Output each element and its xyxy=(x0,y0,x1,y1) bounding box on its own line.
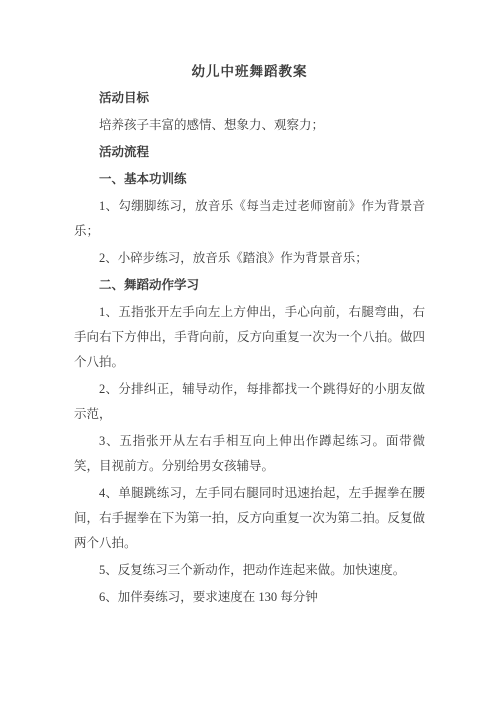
paragraph: 活动流程 xyxy=(74,140,425,165)
document-body: 活动目标培养孩子丰富的感情、想象力、观察力；活动流程一、基本功训练1、勾绷脚练习… xyxy=(74,86,425,610)
paragraph: 活动目标 xyxy=(74,86,425,111)
paragraph: 培养孩子丰富的感情、想象力、观察力； xyxy=(74,113,425,138)
paragraph: 2、分排纠正，辅导动作，每排都找一个跳得好的小朋友做示范， xyxy=(74,377,425,427)
paragraph: 6、加伴奏练习，要求速度在 130 每分钟 xyxy=(74,585,425,610)
document-page: 幼儿中班舞蹈教案 活动目标培养孩子丰富的感情、想象力、观察力；活动流程一、基本功… xyxy=(0,0,500,707)
paragraph: 3、五指张开从左右手相互向上伸出作蹲起练习。面带微笑，目视前方。分别给男女孩辅导… xyxy=(74,429,425,479)
paragraph: 2、小碎步练习，放音乐《踏浪》作为背景音乐； xyxy=(74,246,425,271)
paragraph: 一、基本功训练 xyxy=(74,167,425,192)
paragraph: 1、勾绷脚练习，放音乐《每当走过老师窗前》作为背景音乐； xyxy=(74,194,425,244)
paragraph: 4、单腿跳练习，左手同右腿同时迅速抬起，左手握拳在腰间，右手握拳在下为第一拍，反… xyxy=(74,481,425,556)
paragraph: 二、舞蹈动作学习 xyxy=(74,273,425,298)
paragraph: 1、五指张开左手向左上方伸出，手心向前，右腿弯曲，右手向右下方伸出，手背向前，反… xyxy=(74,300,425,375)
paragraph: 5、反复练习三个新动作，把动作连起来做。加快速度。 xyxy=(74,558,425,583)
document-title: 幼儿中班舞蹈教案 xyxy=(74,59,425,84)
